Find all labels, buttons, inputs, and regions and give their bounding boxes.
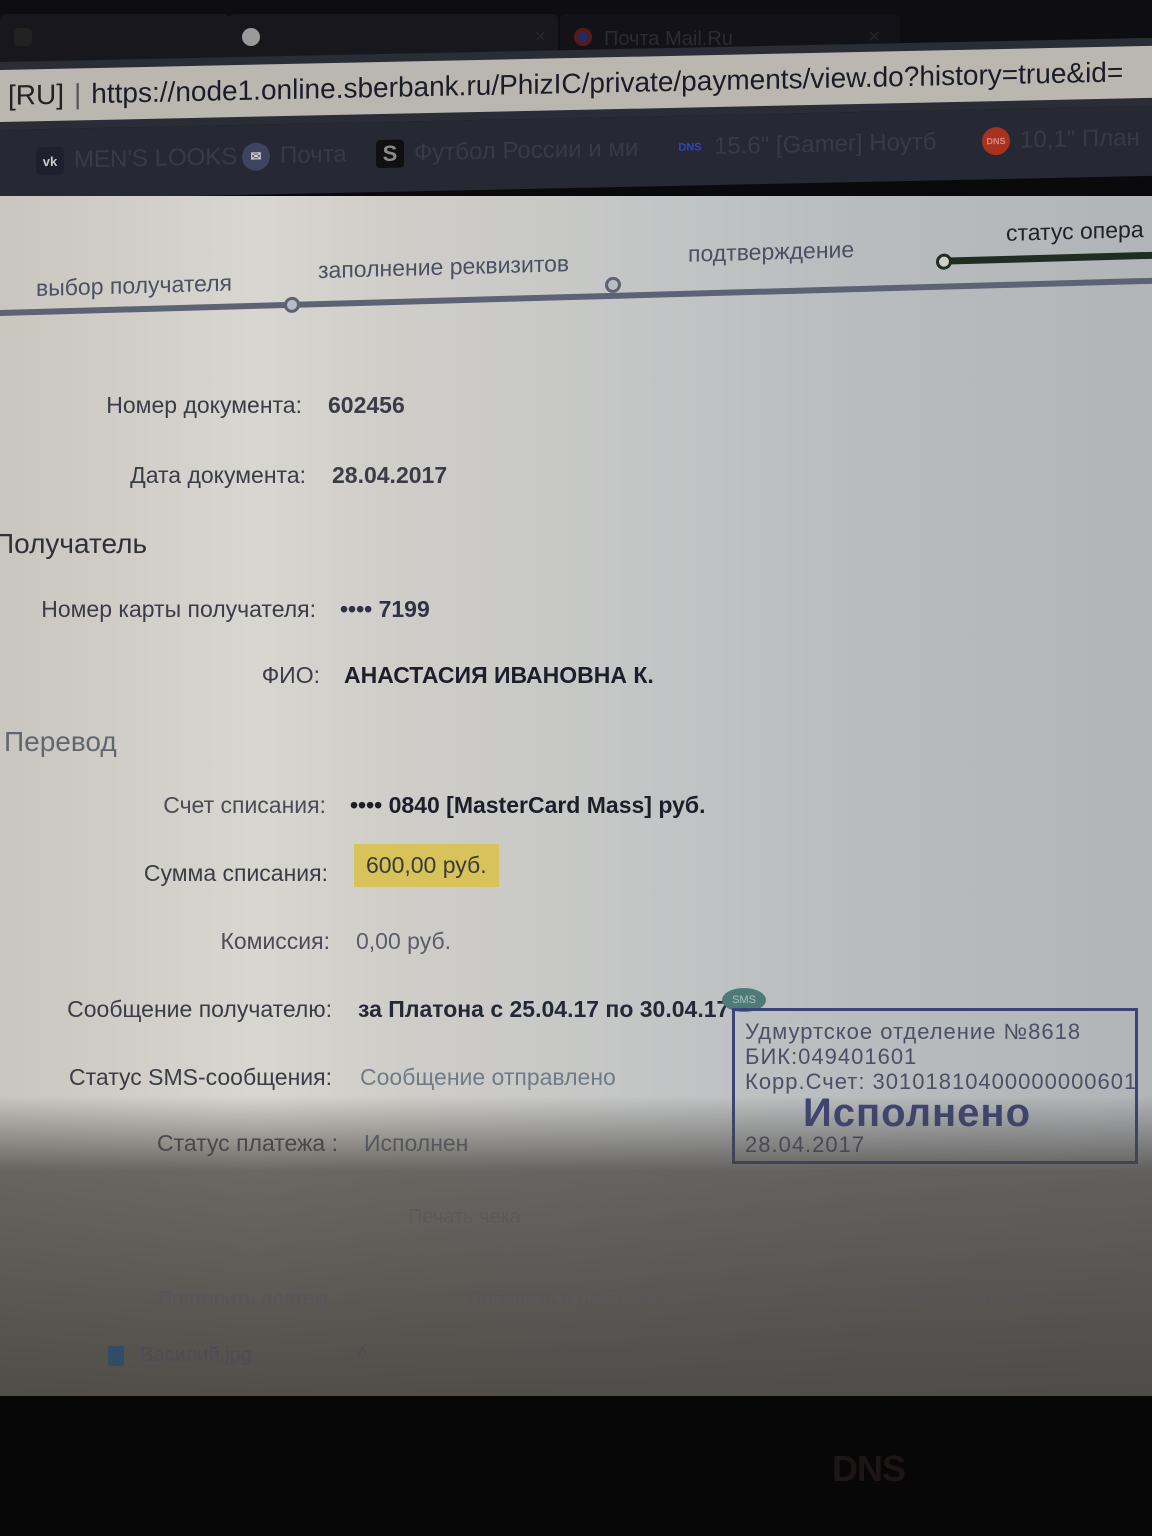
fee-value: 0,00 руб. bbox=[356, 928, 451, 955]
download-filename: Василий.jpg bbox=[140, 1344, 252, 1367]
bookmark-mens-looks[interactable]: vk MEN'S LOOKS bbox=[36, 143, 237, 175]
debit-account-value: •••• 0840 [MasterCard Mass] руб. bbox=[350, 792, 705, 819]
separator: | bbox=[74, 78, 81, 109]
mail-icon: ✉ bbox=[242, 142, 270, 171]
debit-amount-label: Сумма списания: bbox=[100, 860, 328, 887]
chat-icon bbox=[242, 28, 260, 46]
url-text: https://node1.online.sberbank.ru/PhizIC/… bbox=[91, 56, 1123, 109]
bookmark-label: 15.6" [Gamer] Ноутб bbox=[714, 128, 936, 161]
stamp-branch: Удмуртское отделение №8618 bbox=[745, 1019, 1125, 1044]
bookmark-mail[interactable]: ✉ Почта bbox=[242, 141, 347, 171]
document-date-value: 28.04.2017 bbox=[332, 462, 447, 489]
debit-account-label: Счет списания: bbox=[100, 792, 326, 819]
bookmark-label: Почта bbox=[280, 141, 347, 170]
step-dot bbox=[284, 297, 300, 313]
payment-details-page: выбор получателя заполнение реквизитов п… bbox=[0, 196, 1152, 1396]
document-number-label: Номер документа: bbox=[90, 392, 302, 419]
sports-icon: S bbox=[376, 140, 404, 169]
bookmark-gamer-laptop[interactable]: DNS 15.6" [Gamer] Ноутб bbox=[676, 128, 936, 161]
recipient-card-label: Номер карты получателя: bbox=[20, 596, 316, 623]
progress-done bbox=[944, 252, 1152, 265]
bookmark-label: MEN'S LOOKS bbox=[74, 143, 237, 174]
dns-round-icon: DNS bbox=[982, 127, 1010, 156]
add-to-templates-link[interactable]: Добавить в шаблоны bbox=[468, 1288, 664, 1311]
message-value: за Платона с 25.04.17 по 30.04.17 bbox=[358, 996, 729, 1023]
debit-amount-value: 600,00 руб. bbox=[354, 844, 499, 887]
print-receipt-button[interactable]: Печать чека bbox=[408, 1206, 521, 1229]
language-indicator: [RU] bbox=[8, 79, 64, 111]
image-file-icon bbox=[108, 1346, 124, 1366]
recipient-name-label: ФИО: bbox=[200, 662, 320, 689]
sms-status-label: Статус SMS-сообщения: bbox=[40, 1064, 332, 1091]
recipient-name-value: АНАСТАСИЯ ИВАНОВНА К. bbox=[344, 662, 654, 689]
mail-ru-icon bbox=[574, 28, 592, 46]
step-confirmation: подтверждение bbox=[688, 236, 854, 268]
step-fill-details: заполнение реквизитов bbox=[318, 250, 569, 284]
create-autopayment-link[interactable]: Создать автоплатеж bbox=[830, 1288, 1019, 1311]
recipient-section-title: Получатель bbox=[0, 528, 147, 560]
vk-icon: vk bbox=[36, 147, 64, 176]
steps-progress: выбор получателя заполнение реквизитов п… bbox=[0, 204, 1152, 336]
step-select-recipient: выбор получателя bbox=[36, 270, 232, 302]
sms-status-value: Сообщение отправлено bbox=[360, 1064, 616, 1091]
step-operation-status: статус опера bbox=[1006, 216, 1144, 247]
tab-icon bbox=[14, 28, 32, 46]
stamp-bik: БИК:049401601 bbox=[745, 1044, 1125, 1069]
close-icon[interactable]: × bbox=[534, 26, 546, 49]
recipient-card-value: •••• 7199 bbox=[340, 596, 430, 623]
chevron-up-icon[interactable]: ^ bbox=[358, 1344, 367, 1367]
download-item[interactable]: Василий.jpg ^ bbox=[108, 1344, 367, 1367]
dns-icon: DNS bbox=[676, 133, 704, 162]
browser-tab[interactable] bbox=[0, 14, 230, 62]
bookmark-tablet[interactable]: DNS 10,1" План bbox=[982, 124, 1140, 155]
fee-label: Комиссия: bbox=[180, 928, 330, 955]
transfer-section-title: Перевод bbox=[4, 726, 117, 758]
document-number-value: 602456 bbox=[328, 392, 405, 419]
document-date-label: Дата документа: bbox=[100, 462, 306, 489]
laptop-bezel: DNS bbox=[0, 1396, 1152, 1536]
step-dot-current bbox=[936, 253, 952, 269]
step-dot bbox=[605, 277, 621, 293]
bookmark-label: Футбол России и ми bbox=[414, 135, 638, 168]
repeat-payment-link[interactable]: Повторить платеж bbox=[158, 1288, 328, 1311]
bookmark-football[interactable]: S Футбол России и ми bbox=[376, 135, 638, 168]
bookmark-label: 10,1" План bbox=[1020, 124, 1140, 155]
message-label: Сообщение получателю: bbox=[40, 996, 332, 1023]
brand-logo: DNS bbox=[832, 1448, 905, 1490]
